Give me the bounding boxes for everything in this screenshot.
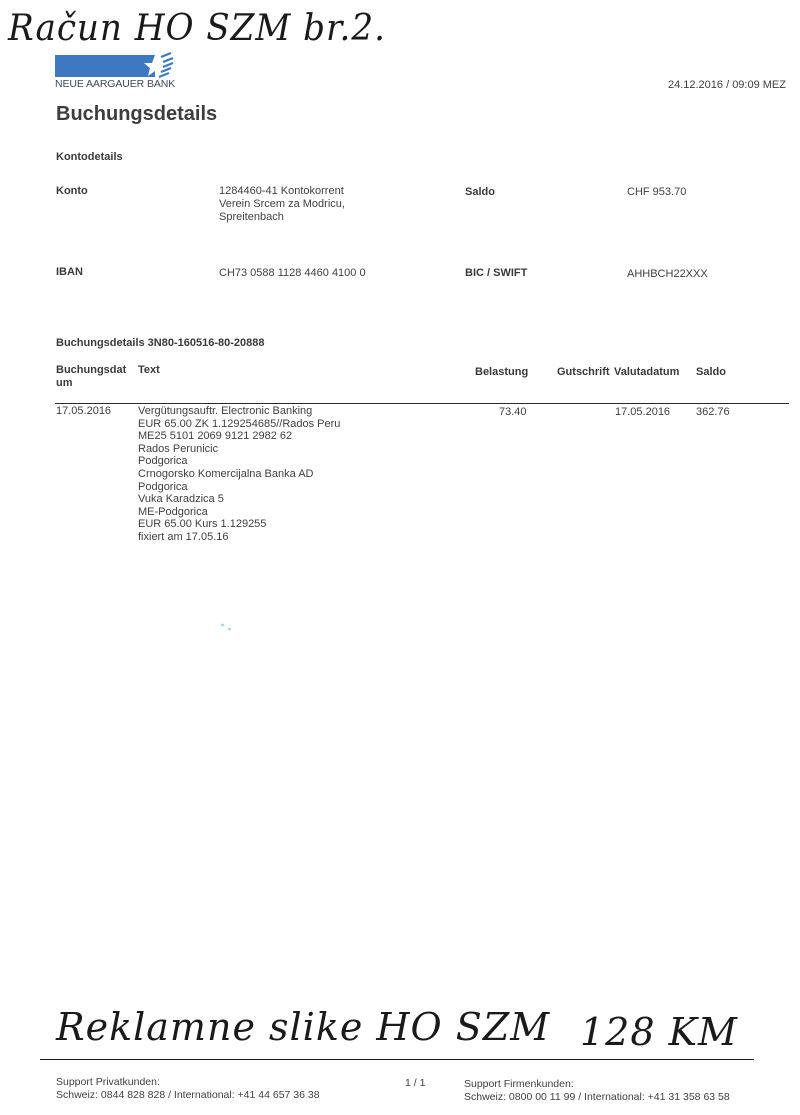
page-number: 1 / 1 (405, 1077, 425, 1090)
row-text-line: ME-Podgorica (138, 506, 340, 519)
row-text-line: Crnogorsko Komercijalna Banka AD (138, 468, 340, 481)
bic-label: BIC / SWIFT (465, 267, 527, 279)
row-text-line: EUR 65.00 ZK 1.129254685//Rados Peru (138, 418, 340, 431)
footer-business-support: Support Firmenkunden: Schweiz: 0800 00 1… (464, 1078, 730, 1104)
row-date: 17.05.2016 (56, 405, 111, 418)
saldo-value: CHF 953.70 (627, 186, 686, 199)
konto-value: 1284460-41 Kontokorrent Verein Srcem za … (219, 185, 345, 224)
iban-label: IBAN (56, 266, 83, 278)
row-text-line: EUR 65.00 Kurs 1.129255 (138, 518, 340, 531)
saldo-label: Saldo (465, 186, 495, 198)
column-header-date-line2: um (56, 377, 126, 390)
konto-label: Konto (56, 185, 88, 197)
row-text-line: fixiert am 17.05.16 (138, 531, 340, 544)
scan-mark (228, 627, 232, 630)
logo-bar (55, 55, 155, 77)
booking-section-title: Buchungsdetails 3N80-160516-80-20888 (56, 337, 265, 349)
column-header-balance: Saldo (696, 366, 726, 379)
footer-business-phones: Schweiz: 0800 00 11 99 / International: … (464, 1091, 730, 1104)
bic-value: AHHBCH22XXX (627, 268, 708, 281)
footer-business-title: Support Firmenkunden: (464, 1078, 730, 1091)
signature-line (40, 1059, 754, 1060)
row-text-line: Vuka Karadzica 5 (138, 493, 340, 506)
footer-private-phones: Schweiz: 0844 828 828 / International: +… (56, 1089, 320, 1102)
handwritten-note-top: Račun HO SZM br.2. (8, 8, 386, 49)
column-header-text: Text (138, 364, 160, 377)
row-text-line: ME25 5101 2069 9121 2982 62 (138, 430, 340, 443)
star-logo-icon (141, 51, 175, 81)
page-title: Buchungsdetails (56, 103, 217, 126)
handwritten-note-bottom-left: Reklamne slike HO SZM (56, 1005, 550, 1049)
print-datetime: 24.12.2016 / 09:09 MEZ (668, 79, 786, 91)
row-text-line: Podgorica (138, 455, 340, 468)
column-header-debit: Belastung (475, 366, 528, 379)
account-section-title: Kontodetails (56, 151, 123, 163)
konto-line: Verein Srcem za Modricu, (219, 198, 345, 211)
table-header-rule (55, 403, 789, 404)
footer-private-support: Support Privatkunden: Schweiz: 0844 828 … (56, 1076, 320, 1102)
iban-value: CH73 0588 1128 4460 4100 0 (219, 267, 366, 280)
column-header-credit: Gutschrift (557, 366, 610, 379)
column-header-date-line1: Buchungsdat (56, 364, 126, 377)
row-text-line: Vergütungsauftr. Electronic Banking (138, 405, 340, 418)
row-value-date: 17.05.2016 (615, 406, 670, 419)
footer-private-title: Support Privatkunden: (56, 1076, 320, 1089)
konto-line: 1284460-41 Kontokorrent (219, 185, 345, 198)
bank-logo: NEUE AARGAUER BANK (55, 55, 173, 95)
row-text-line: Podgorica (138, 481, 340, 494)
bank-name: NEUE AARGAUER BANK (55, 78, 175, 90)
row-text-line: Rados Perunicic (138, 443, 340, 456)
row-text: Vergütungsauftr. Electronic Banking EUR … (138, 405, 340, 544)
column-header-date: Buchungsdat um (56, 364, 126, 390)
scan-mark (221, 623, 225, 626)
row-balance: 362.76 (696, 406, 730, 419)
column-header-value-date: Valutadatum (614, 366, 679, 379)
handwritten-note-bottom-right: 128 KM (580, 1010, 738, 1054)
konto-line: Spreitenbach (219, 211, 345, 224)
row-debit: 73.40 (499, 406, 527, 419)
